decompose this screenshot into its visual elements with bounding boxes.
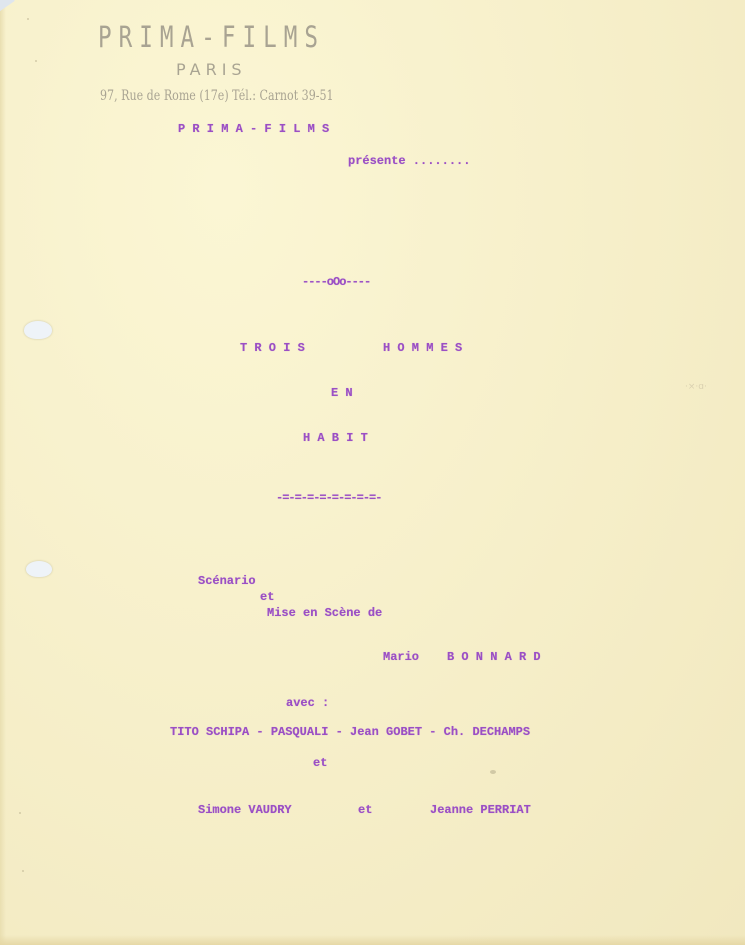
paper-speck [27, 18, 29, 20]
company-heading: P R I M A - F I L M S [178, 122, 329, 136]
separator-top: ----oOo---- [302, 275, 370, 289]
title-word-hommes: H O M M E S [383, 341, 462, 355]
punch-hole-icon [26, 561, 52, 577]
paper-speck [19, 812, 21, 814]
presents-line: présente ........ [348, 154, 470, 168]
paper-speck [22, 870, 24, 872]
title-word-en: E N [331, 386, 353, 400]
director-first-name: Mario [383, 650, 419, 664]
direction-label: Mise en Scène de [267, 606, 382, 620]
punch-hole-icon [24, 321, 52, 339]
stamp-city: PARIS [176, 60, 247, 79]
stamp-address: 97, Rue de Rome (17e) Tél.: Carnot 39-51 [100, 88, 334, 104]
title-word-habit: H A B I T [303, 431, 368, 445]
paper-speck [35, 60, 37, 62]
director-last-name: B O N N A R D [447, 650, 541, 664]
cast-and-label: et [313, 756, 327, 770]
cast-member-vaudry: Simone VAUDRY [198, 803, 292, 817]
scenario-label: Scénario [198, 574, 256, 588]
cast-line: TITO SCHIPA - PASQUALI - Jean GOBET - Ch… [170, 725, 530, 739]
cast-member-perriat: Jeanne PERRIAT [430, 803, 531, 817]
bleed-through-mark: ·×·ɑ· [685, 382, 707, 392]
with-label: avec : [286, 696, 329, 710]
and-label: et [260, 590, 274, 604]
cast-final-and: et [358, 803, 372, 817]
paper-edge-shadow-bottom [0, 935, 745, 945]
paper-speck [490, 770, 496, 774]
stamp-company-name: PRIMA-FILMS [98, 20, 325, 54]
separator-bottom: -=-=-=-=-=-=-=-=- [276, 491, 381, 505]
paper-edge-shadow [0, 0, 6, 945]
title-word-trois: T R O I S [240, 341, 305, 355]
document-page: PRIMA-FILMS PARIS 97, Rue de Rome (17e) … [0, 0, 745, 945]
